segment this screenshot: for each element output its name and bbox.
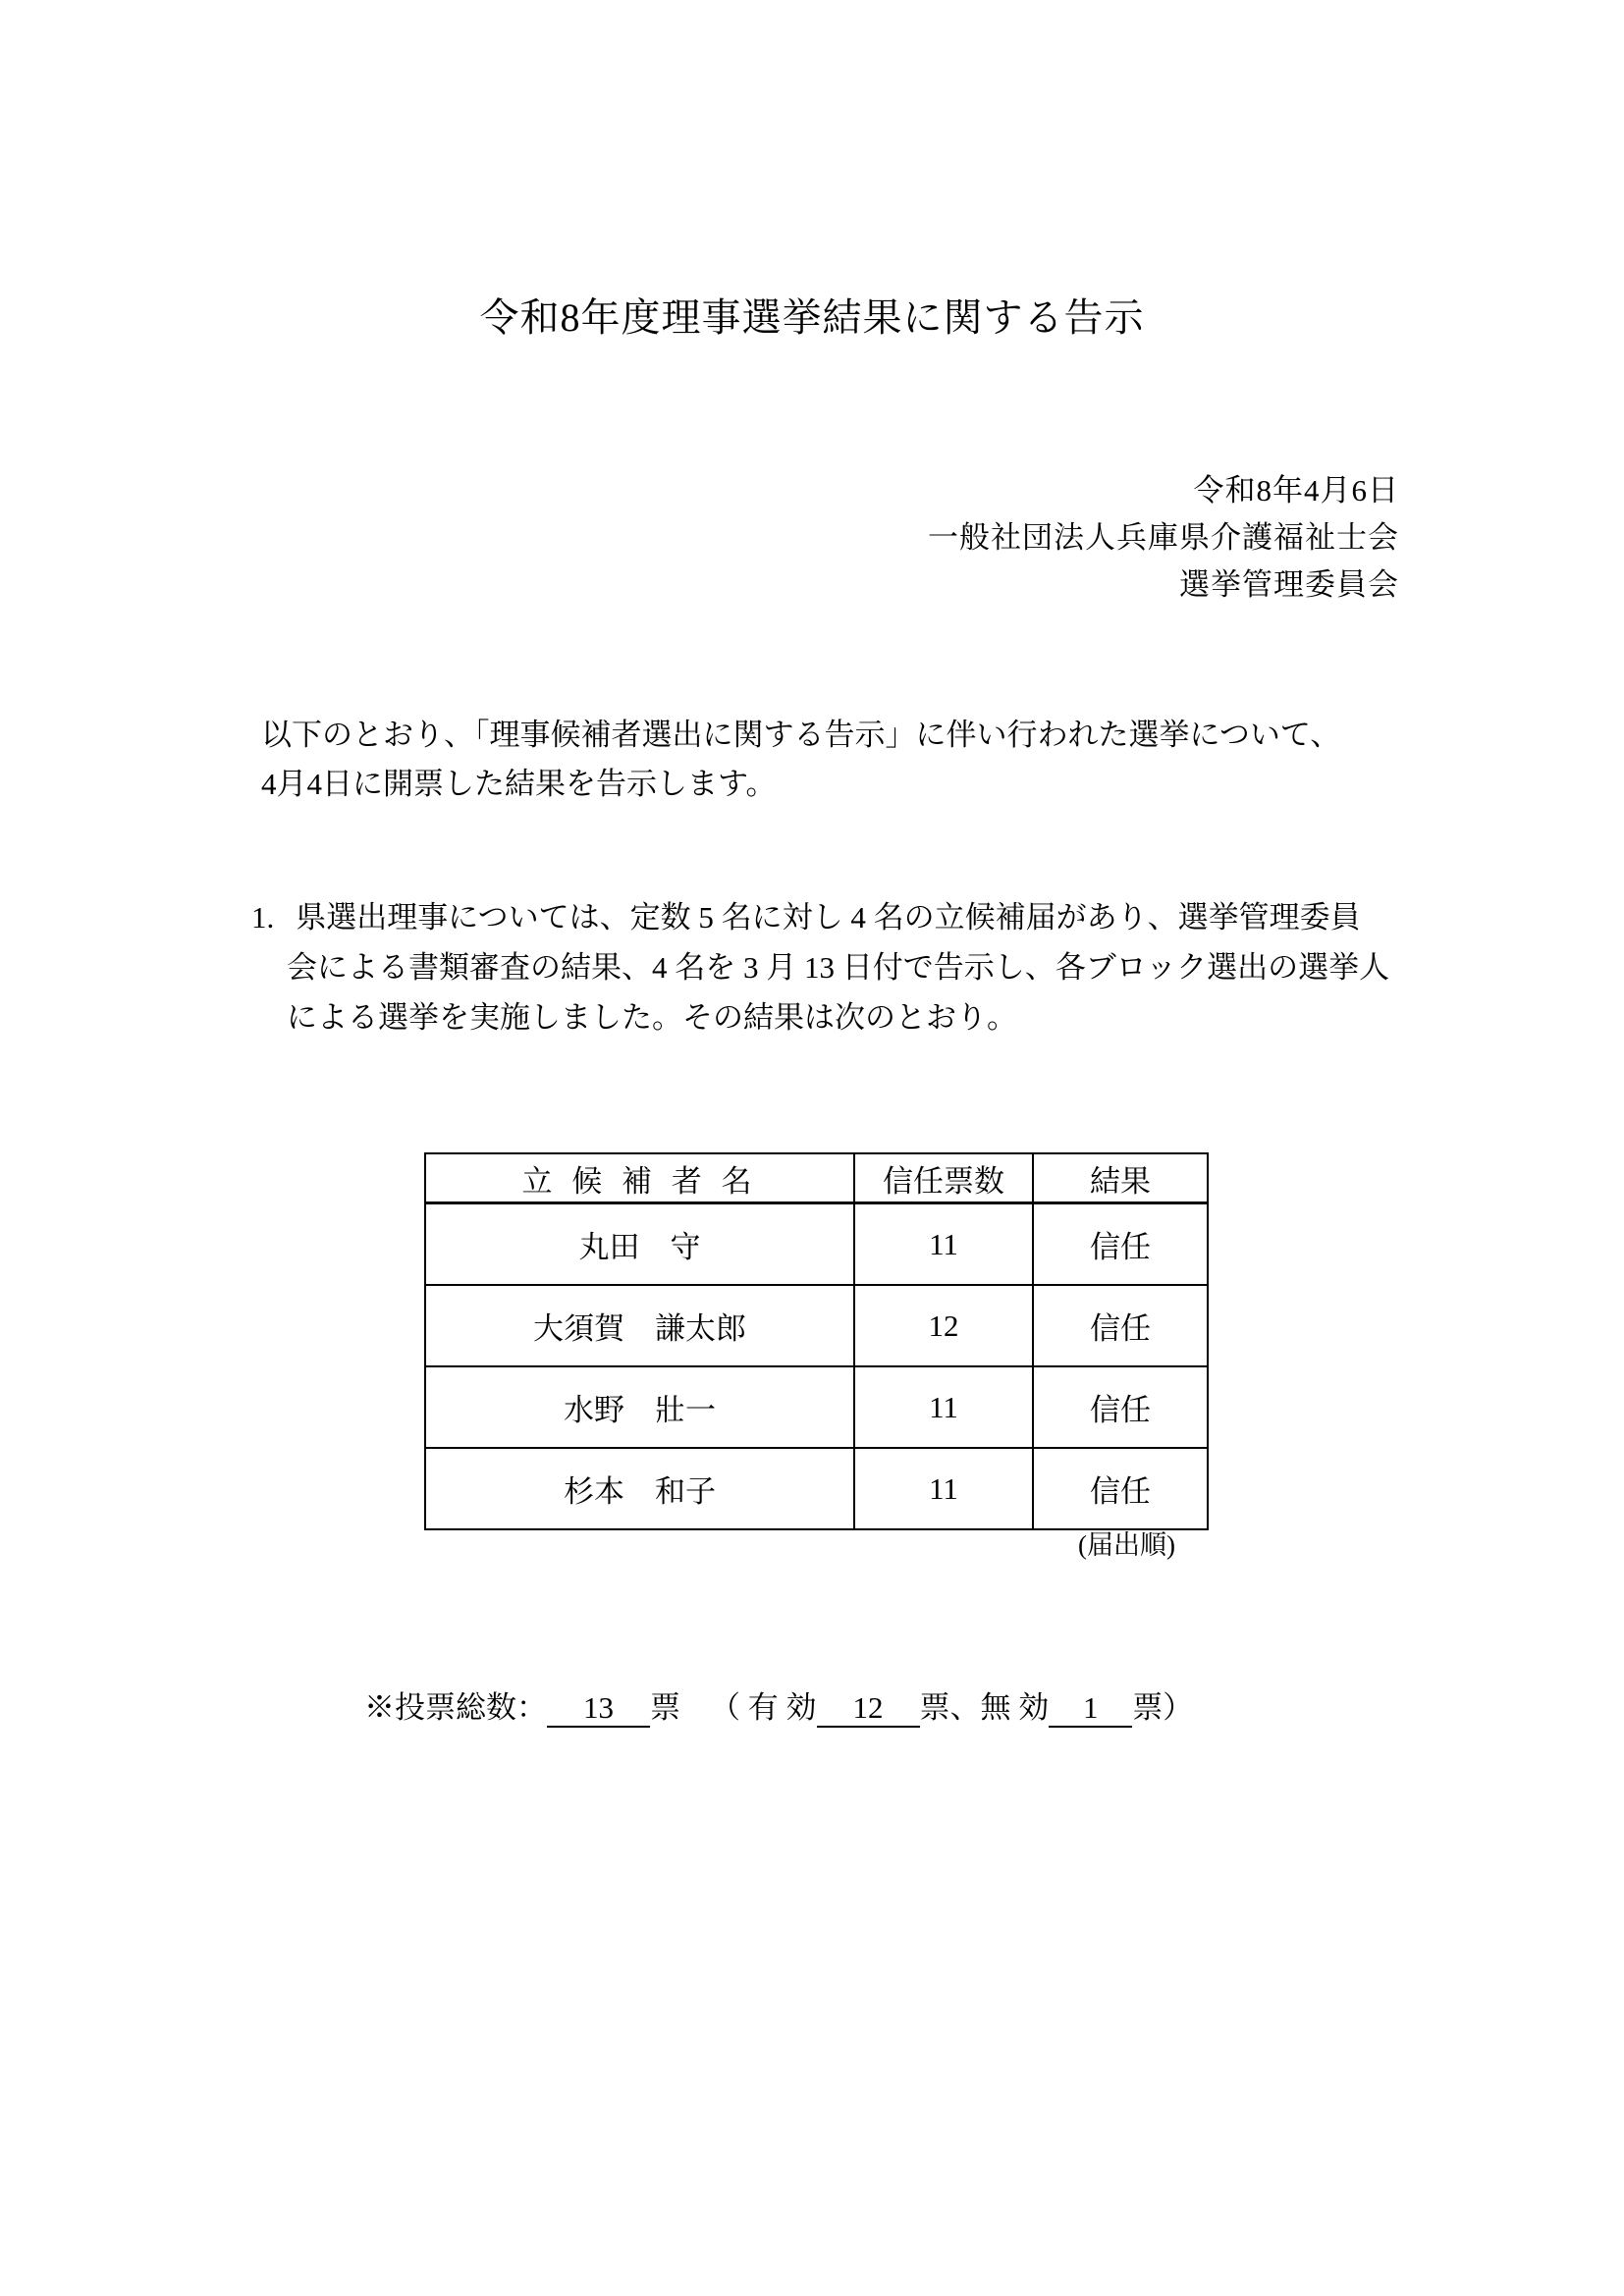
table-row: 大須賀 謙太郎 12 信任	[425, 1285, 1208, 1366]
table-row: 丸田 守 11 信任	[425, 1203, 1208, 1286]
issue-date: 令和8年4月6日	[928, 467, 1399, 514]
intro-line-1: 以下のとおり、「理事候補者選出に関する告示」に伴い行われた選挙について、	[261, 711, 1340, 760]
page-title: 令和8年度理事選挙結果に関する告示	[0, 287, 1624, 343]
date-block: 令和8年4月6日 一般社団法人兵庫県介護福祉士会 選挙管理委員会	[928, 467, 1399, 609]
total-votes-value: 13	[547, 1690, 650, 1728]
candidate-result: 信任	[1033, 1366, 1208, 1448]
item-1-line-1: 1.県選出理事については、定数 5 名に対し 4 名の立候補届があり、選挙管理委…	[251, 892, 1389, 942]
invalid-votes-value: 1	[1049, 1690, 1132, 1728]
header-candidate-name: 立 候 補 者 名	[425, 1153, 854, 1203]
item-1-number: 1.	[251, 892, 274, 942]
totals-prefix: ※投票総数：	[364, 1690, 547, 1725]
candidate-result: 信任	[1033, 1203, 1208, 1286]
intro-paragraph: 以下のとおり、「理事候補者選出に関する告示」に伴い行われた選挙について、 4月4…	[261, 711, 1340, 809]
committee-name: 選挙管理委員会	[928, 561, 1399, 609]
intro-line-2: 4月4日に開票した結果を告示します。	[261, 760, 1340, 809]
valid-votes-label: （ 有 効	[710, 1690, 817, 1725]
totals-unit-3: 票）	[1132, 1690, 1193, 1725]
table-footnote: (届出順)	[424, 1523, 1201, 1562]
results-table: 立 候 補 者 名 信任票数 結果 丸田 守 11 信任 大須賀 謙太郎 12 …	[424, 1152, 1209, 1530]
organization-name: 一般社団法人兵庫県介護福祉士会	[928, 514, 1399, 561]
candidate-result: 信任	[1033, 1448, 1208, 1529]
candidate-votes: 12	[854, 1285, 1033, 1366]
vote-totals-line: ※投票総数：13票（ 有 効12票、無 効1票）	[364, 1682, 1193, 1728]
totals-unit-2: 票、無 効	[920, 1690, 1050, 1725]
document-page: 令和8年度理事選挙結果に関する告示 令和8年4月6日 一般社団法人兵庫県介護福祉…	[0, 0, 1624, 2296]
candidate-name: 大須賀 謙太郎	[425, 1285, 854, 1366]
valid-votes-value: 12	[817, 1690, 920, 1728]
table-row: 杉本 和子 11 信任	[425, 1448, 1208, 1529]
candidate-votes: 11	[854, 1366, 1033, 1448]
candidate-votes: 11	[854, 1448, 1033, 1529]
totals-unit-1: 票	[650, 1690, 680, 1725]
candidate-name: 杉本 和子	[425, 1448, 854, 1529]
candidate-result: 信任	[1033, 1285, 1208, 1366]
header-result: 結果	[1033, 1153, 1208, 1203]
candidate-name: 水野 壯一	[425, 1366, 854, 1448]
item-1-line-2: 会による書類審査の結果、4 名を 3 月 13 日付で告示し、各ブロック選出の選…	[287, 942, 1389, 992]
table-header-row: 立 候 補 者 名 信任票数 結果	[425, 1153, 1208, 1203]
candidate-name: 丸田 守	[425, 1203, 854, 1286]
candidate-votes: 11	[854, 1203, 1033, 1286]
header-confidence-votes: 信任票数	[854, 1153, 1033, 1203]
item-1-line-3: による選挙を実施しました。その結果は次のとおり。	[287, 992, 1389, 1042]
item-1-paragraph: 1.県選出理事については、定数 5 名に対し 4 名の立候補届があり、選挙管理委…	[251, 892, 1389, 1042]
item-1-line-1-text: 県選出理事については、定数 5 名に対し 4 名の立候補届があり、選挙管理委員	[296, 900, 1360, 934]
table-row: 水野 壯一 11 信任	[425, 1366, 1208, 1448]
